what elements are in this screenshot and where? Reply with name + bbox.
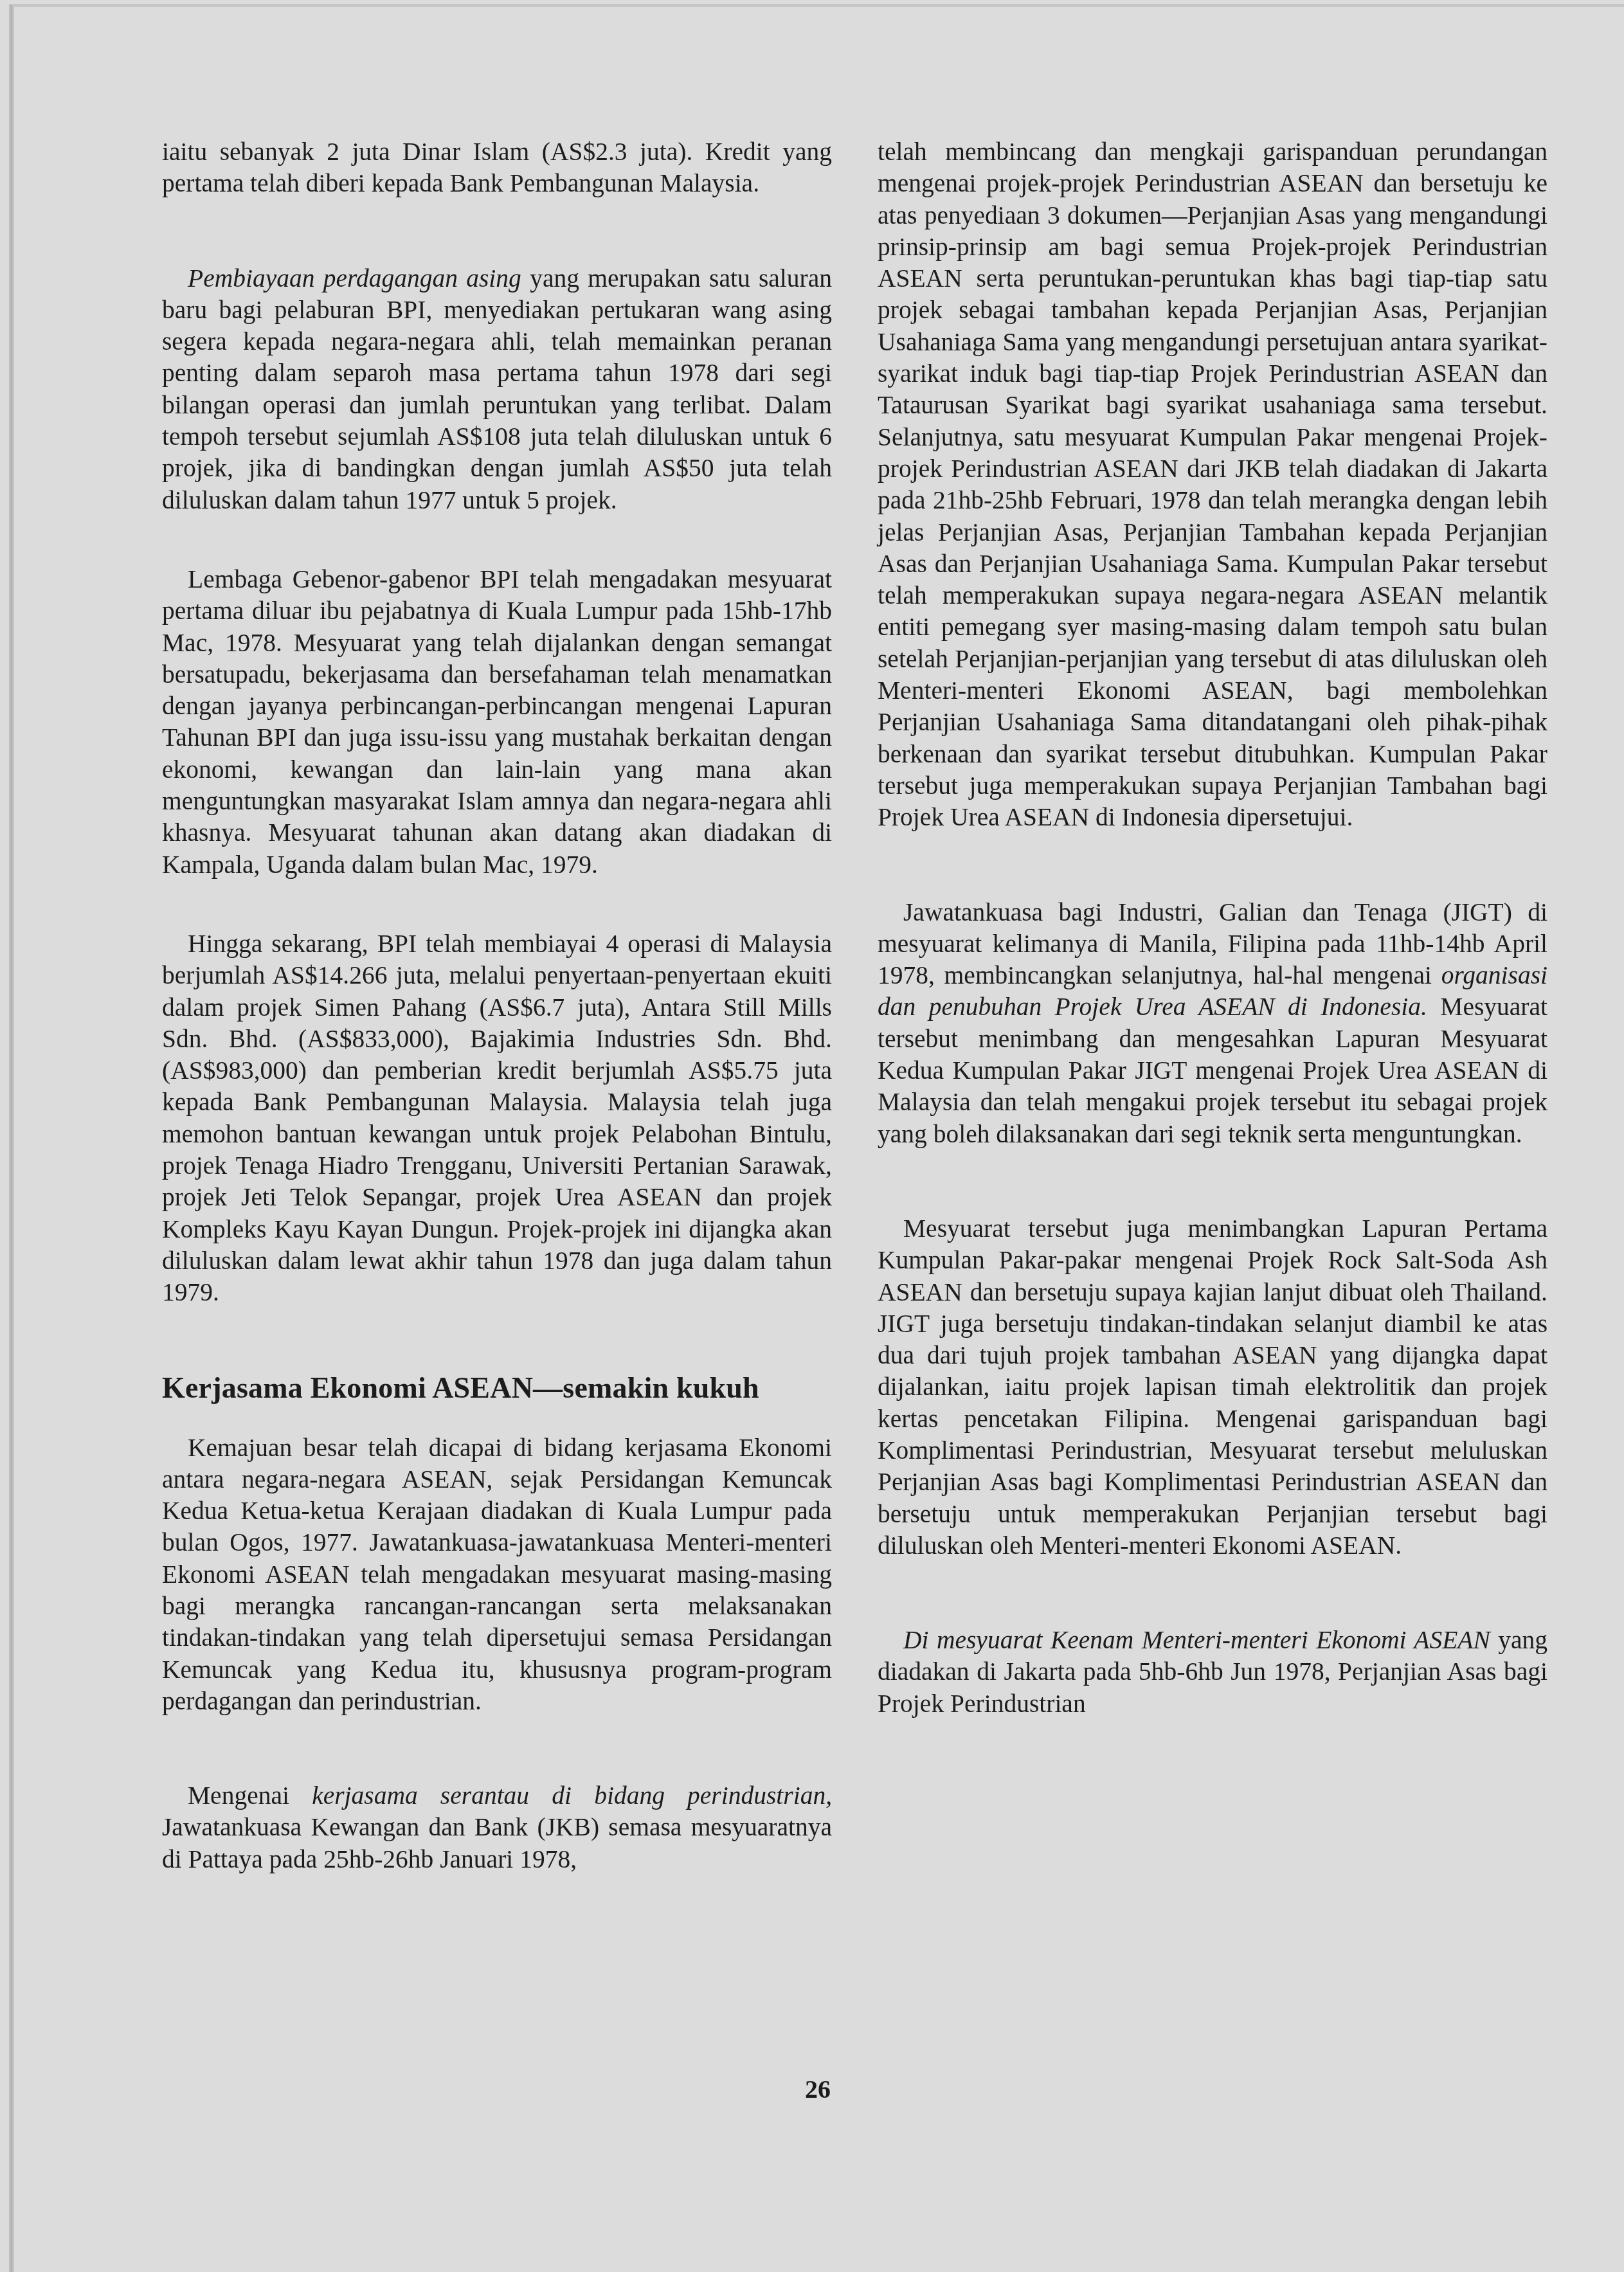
text-run: telah membincang dan mengkaji garispandu… <box>878 138 1547 831</box>
page-number: 26 <box>805 2074 831 2104</box>
text-run: Kemajuan besar telah dicapai di bidang k… <box>162 1434 832 1715</box>
paragraph-spacer <box>162 516 832 564</box>
text-run: Mesyuarat tersebut juga menimbangkan Lap… <box>878 1214 1547 1560</box>
text-run: Hingga sekarang, BPI telah membiayai 4 o… <box>162 930 832 1306</box>
italic-text-run: Pembiayaan perdagangan asing <box>188 264 521 293</box>
body-paragraph: Di mesyuarat Keenam Menteri-menteri Ekon… <box>878 1625 1547 1720</box>
text-run: yang merupakan satu saluran baru bagi pe… <box>162 264 832 514</box>
body-paragraph: Mengenai kerjasama serantau di bidang pe… <box>162 1780 832 1875</box>
paragraph-spacer <box>162 881 832 928</box>
text-run: Lembaga Gebenor-gabenor BPI telah mengad… <box>162 565 832 879</box>
paragraph-spacer <box>878 834 1547 897</box>
left-column: iaitu sebanyak 2 juta Dinar Islam (AS$2.… <box>162 136 832 1875</box>
right-column: telah membincang dan mengkaji garispandu… <box>878 136 1547 1720</box>
paragraph-spacer <box>878 1562 1547 1625</box>
paragraph-spacer <box>162 1309 832 1372</box>
text-run: Mengenai <box>188 1781 312 1810</box>
paragraph-spacer <box>162 1717 832 1780</box>
body-paragraph: Kemajuan besar telah dicapai di bidang k… <box>162 1432 832 1718</box>
italic-text-run: Di mesyuarat Keenam Menteri-menteri Ekon… <box>903 1626 1490 1654</box>
page-edge-binding <box>9 5 14 2272</box>
italic-text-run: kerjasama serantau di bidang perindustri… <box>312 1781 832 1810</box>
body-paragraph: Pembiayaan perdagangan asing yang merupa… <box>162 263 832 516</box>
body-paragraph: iaitu sebanyak 2 juta Dinar Islam (AS$2.… <box>162 136 832 200</box>
paragraph-spacer <box>162 200 832 263</box>
body-paragraph: Lembaga Gebenor-gabenor BPI telah mengad… <box>162 564 832 881</box>
paragraph-spacer <box>878 1150 1547 1213</box>
body-paragraph: Hingga sekarang, BPI telah membiayai 4 o… <box>162 928 832 1309</box>
body-paragraph: Mesyuarat tersebut juga menimbangkan Lap… <box>878 1213 1547 1562</box>
text-run: Jawatankuasa Kewangan dan Bank (JKB) sem… <box>162 1813 832 1873</box>
body-paragraph: telah membincang dan mengkaji garispandu… <box>878 136 1547 834</box>
section-heading: Kerjasama Ekonomi ASEAN—semakin kukuh <box>162 1372 832 1404</box>
page-edge-top <box>9 4 1624 7</box>
text-run: iaitu sebanyak 2 juta Dinar Islam (AS$2.… <box>162 138 832 197</box>
body-paragraph: Jawatankuasa bagi Industri, Galian dan T… <box>878 897 1547 1150</box>
